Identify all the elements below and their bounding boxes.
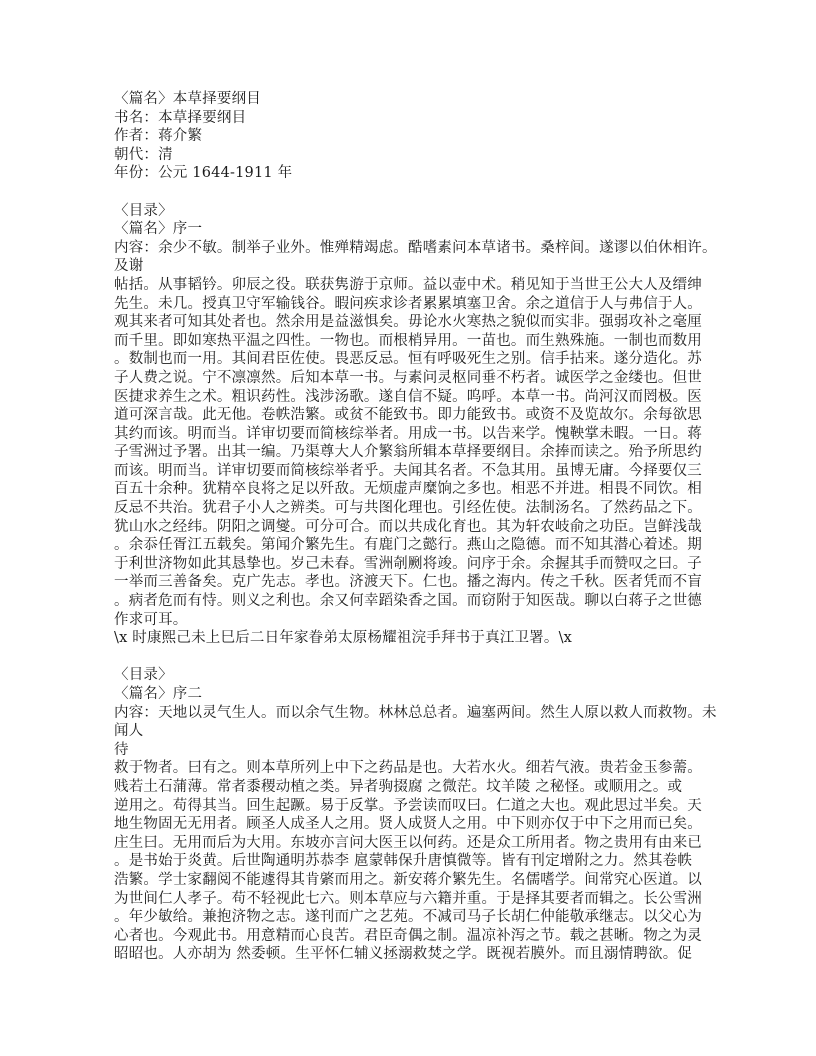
- toc-tag: 〈目录〉: [114, 202, 716, 221]
- text-line: 。余忝任胥江五载矣。第闻介繁先生。有鹿门之懿行。燕山之隐德。而不知其潜心着述。期: [114, 536, 716, 555]
- section-preface-1: 〈目录〉 〈篇名〉序一 内容：余少不敏。制举子业外。惟殚精竭虑。酷嗜素问本草诸书…: [114, 202, 716, 648]
- doc-book-name: 书名：本草择要纲目: [114, 109, 716, 128]
- text-line: 一举而三善备矣。克广先志。孝也。济渡天下。仁也。播之海内。传之千秋。医者凭而不盲: [114, 573, 716, 592]
- text-line: 地生物固无无用者。顾圣人成圣人之用。贤人成贤人之用。中下则亦仅于中下之用而已矣。: [114, 815, 716, 834]
- text-line: 帖括。从事韬钤。卯辰之役。联获隽游于京师。益以壶中术。稍见知于当世王公大人及缙绅: [114, 276, 716, 295]
- text-line: 观其来者可知其处者也。然余用是益滋惧矣。毋论水火寒热之貌似而实非。强弱攻补之毫厘: [114, 313, 716, 332]
- text-line: 医捷求养生之术。粗识药性。浅涉汤歌。遂自信不疑。呜呼。本草一书。尚河汉而罔极。医: [114, 388, 716, 407]
- text-line: 及谢: [114, 257, 716, 276]
- text-line: 道可深言哉。此无他。卷帙浩繁。或贫不能致书。即力能致书。或资不及览故尔。余每欲思: [114, 406, 716, 425]
- doc-dynasty: 朝代：清: [114, 146, 716, 165]
- section-title-tag: 〈篇名〉序二: [114, 685, 716, 704]
- text-line: 闻人: [114, 722, 716, 741]
- doc-title-tag: 〈篇名〉本草择要纲目: [114, 90, 716, 109]
- text-line: 昭昭也。人亦胡为 然委顿。生平怀仁辅义拯溺救焚之学。既视若膜外。而且溺情聘欲。促: [114, 945, 716, 964]
- text-line: 庄生曰。无用而后为大用。东坡亦言问大医王以何药。还是众工所用者。物之贵用有由来已: [114, 834, 716, 853]
- blank-line: [114, 648, 716, 667]
- text-line: 于利世济物如此其恳挚也。岁己未春。雪洲剞劂将竣。问序于余。余握其手而赞叹之曰。子: [114, 555, 716, 574]
- text-line: 。病者危而有恃。则义之利也。余又何幸蹈染香之国。而窃附于知医哉。聊以白蒋子之世德: [114, 592, 716, 611]
- text-line: 犹山水之经纬。阴阳之调燮。可分可合。而以共成化育也。其为轩农岐俞之功臣。岂鲜浅哉: [114, 518, 716, 537]
- text-line: 子人费之说。宁不凛凛然。后知本草一书。与素问灵枢同垂不朽者。诚医学之金缕也。但世: [114, 369, 716, 388]
- text-line: \x 时康熙己未上巳后二日年家眷弟太原杨耀祖浣手拜书于真江卫署。\x: [114, 629, 716, 648]
- text-line: 百五十余种。犹精卒良将之足以歼敌。无烦虚声糜饷之多也。相恶不并进。相畏不同饮。相: [114, 480, 716, 499]
- text-line: 浩繁。学士家翻阅不能遽得其肯綮而用之。新安蒋介繁先生。名儒嗜学。间常究心医道。以: [114, 871, 716, 890]
- toc-tag: 〈目录〉: [114, 666, 716, 685]
- text-line: 反忌不共治。犹君子小人之辨类。可与共图化理也。引经佐使。法制汤名。了然药品之下。: [114, 499, 716, 518]
- blank-line: [114, 183, 716, 202]
- text-line: 逆用之。苟得其当。回生起蹶。易于反掌。予尝读而叹曰。仁道之大也。观此思过半矣。天: [114, 797, 716, 816]
- text-line: 内容：天地以灵气生人。而以余气生物。林林总总者。遍塞两间。然生人原以救人而救物。…: [114, 704, 716, 723]
- text-line: 其约而该。明而当。详审切要而简核综举者。用成一书。以告来学。愧鞅掌未暇。一日。蒋: [114, 425, 716, 444]
- text-line: 先生。未几。授真卫守军输钱谷。暇问疾求诊者累累填塞卫舍。余之道信于人与弗信于人。: [114, 295, 716, 314]
- section-title-tag: 〈篇名〉序一: [114, 220, 716, 239]
- text-line: 为世间仁人孝子。苟不轻视此七六。则本草应与六籍并重。于是择其要者而辑之。长公雪洲: [114, 890, 716, 909]
- text-line: 而千里。即如寒热平温之四性。一物也。而根梢异用。一苗也。而生熟殊施。一制也而数用: [114, 332, 716, 351]
- text-line: 内容：余少不敏。制举子业外。惟殚精竭虑。酷嗜素问本草诸书。桑梓间。遂谬以伯休相许…: [114, 239, 716, 258]
- doc-year: 年份：公元 1644-1911 年: [114, 164, 716, 183]
- doc-author: 作者：蒋介繁: [114, 127, 716, 146]
- text-line: 。是书始于炎黄。后世陶通明苏恭李 扈蒙韩保升唐慎微等。皆有刊定增附之力。然其卷帙: [114, 852, 716, 871]
- text-line: 。年少敏给。兼抱济物之志。遂刊而广之艺苑。不减司马子长胡仁仲能敬承继志。以父心为: [114, 908, 716, 927]
- document-page: 〈篇名〉本草择要纲目 书名：本草择要纲目 作者：蒋介繁 朝代：清 年份：公元 1…: [0, 0, 816, 1056]
- text-line: 。数制也而一用。其间君臣佐使。畏恶反忌。恒有呼吸死生之别。信手拈来。遂分造化。苏: [114, 350, 716, 369]
- section-body: 内容：天地以灵气生人。而以余气生物。林林总总者。遍塞两间。然生人原以救人而救物。…: [114, 704, 716, 964]
- text-line: 贱若土石蒲薄。常者黍稷动植之类。异者驹掇腐 之微茫。坟羊陵 之秘怪。或顺用之。或: [114, 778, 716, 797]
- section-preface-2: 〈目录〉 〈篇名〉序二 内容：天地以灵气生人。而以余气生物。林林总总者。遍塞两间…: [114, 666, 716, 964]
- text-line: 作求可耳。: [114, 611, 716, 630]
- section-body: 内容：余少不敏。制举子业外。惟殚精竭虑。酷嗜素问本草诸书。桑梓间。遂谬以伯休相许…: [114, 239, 716, 648]
- text-line: 心者也。今观此书。用意精而心良苦。君臣奇偶之制。温凉补泻之节。载之甚晰。物之为灵: [114, 927, 716, 946]
- text-line: 待: [114, 741, 716, 760]
- document-content: 〈篇名〉本草择要纲目 书名：本草择要纲目 作者：蒋介繁 朝代：清 年份：公元 1…: [114, 90, 716, 964]
- text-line: 救于物者。曰有之。则本草所列上中下之药品是也。大若水火。细若气液。贵若金玉参薷。: [114, 759, 716, 778]
- text-line: 而该。明而当。详审切要而简核综举者乎。夫闻其名者。不急其用。虽博无庸。今择要仅三: [114, 462, 716, 481]
- text-line: 子雪洲过予署。出其一编。乃渠尊大人介繁翁所辑本草择要纲目。余捧而读之。殆予所思约: [114, 443, 716, 462]
